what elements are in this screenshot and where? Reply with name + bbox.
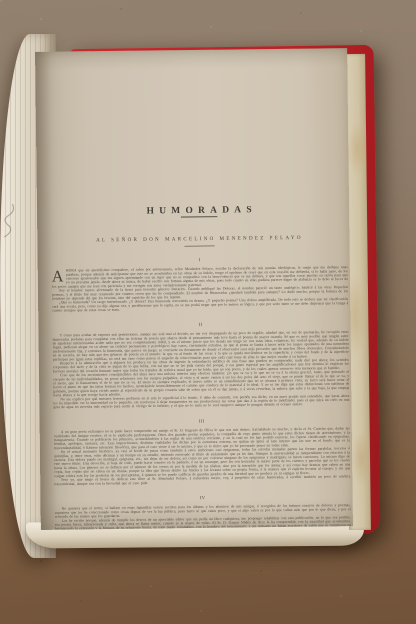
dedication-rule — [184, 245, 214, 246]
paragraph: ¿Qué es humorada? Un rasgo intencionado.… — [52, 297, 348, 313]
section-numeral: II — [52, 320, 348, 328]
page-content: HUMORADAS AL SEÑOR DON MARCELINO MENENDE… — [49, 48, 352, 530]
section-numeral: III — [54, 417, 350, 425]
book-page: HUMORADAS AL SEÑOR DON MARCELINO MENENDE… — [35, 48, 353, 530]
paragraph: No me explico por qué nuestros lectores … — [53, 394, 349, 410]
section-numeral: IV — [55, 494, 351, 502]
paragraph: Y como para acabar de exponer mis preten… — [53, 330, 349, 362]
paragraph: Creo que de los movimientos concupiscibl… — [53, 370, 349, 398]
page-title: HUMORADAS — [51, 206, 347, 214]
section-numeral: I — [52, 256, 348, 264]
dedication-line: AL SEÑOR DON MARCELINO MENENDEZ PELAYO — [51, 235, 347, 243]
handwritten-annotation — [0, 201, 23, 244]
drop-cap: A — [52, 269, 66, 283]
paragraph: En el actual momento histórico, ya casi … — [54, 447, 350, 479]
title-rule — [181, 216, 217, 217]
